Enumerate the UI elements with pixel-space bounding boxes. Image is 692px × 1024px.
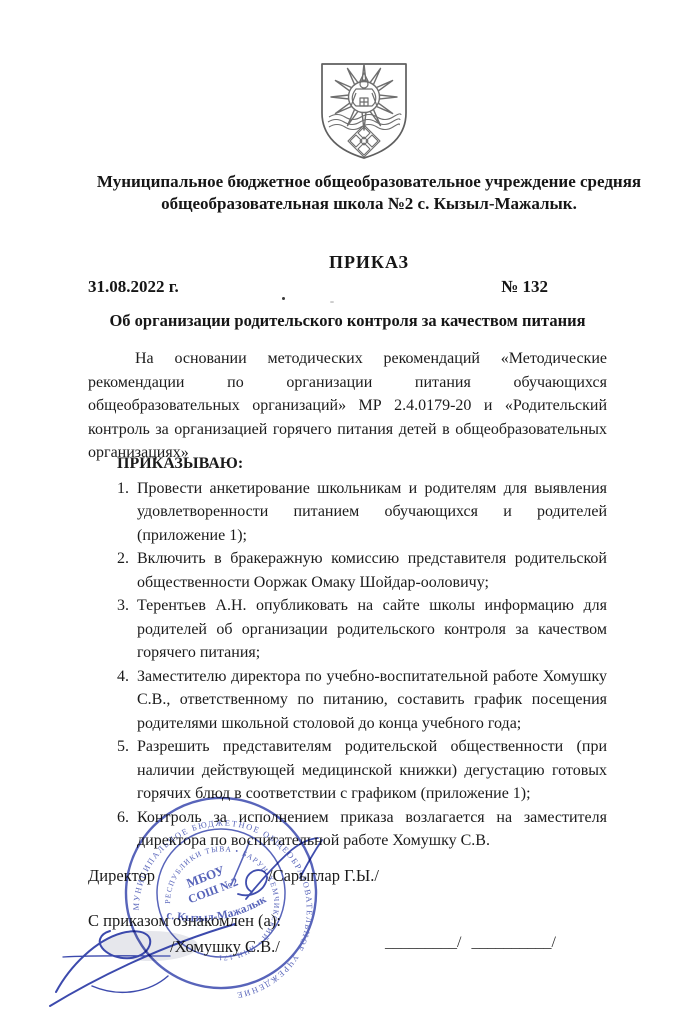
coat-of-arms-icon (318, 60, 410, 162)
order-heading: ПРИКАЗЫВАЮ: (117, 452, 607, 476)
acknowledged-name: /Хомушку С.В./ (170, 937, 280, 957)
blank-signature-line-2: __________/ (471, 934, 555, 951)
document-type-title: ПРИКАЗ (63, 252, 675, 273)
order-item: Терентьев А.Н. опубликовать на сайте шко… (88, 594, 607, 665)
acknowledgement-label: С приказом ознакомлен (а): (88, 911, 281, 931)
document-number: № 132 (501, 277, 548, 297)
preamble-paragraph: На основании методических рекомендаций «… (88, 347, 607, 465)
date-number-row: 31.08.2022 г. № 132 (88, 277, 548, 297)
ink-dot (282, 297, 285, 300)
subject-line: Об организации родительского контроля за… (88, 311, 607, 331)
organization-name: Муниципальное бюджетное общеобразователь… (63, 171, 675, 215)
director-signature-row: Директор /Сарыглар Г.Ы./ (88, 866, 607, 886)
order-item: Провести анкетирование школьникам и роди… (88, 477, 607, 548)
document-date: 31.08.2022 г. (88, 277, 179, 297)
blank-signature-line-1: _________/ (385, 934, 461, 951)
order-item: Включить в бракеражную комиссию представ… (88, 547, 607, 594)
orders-section: ПРИКАЗЫВАЮ: Провести анкетирование школь… (88, 452, 607, 853)
director-name: /Сарыглар Г.Ы./ (268, 866, 379, 886)
order-item: Контроль за исполнением приказа возлагае… (88, 806, 607, 853)
document-page: Муниципальное бюджетное общеобразователь… (0, 0, 692, 1024)
ink-speck (330, 301, 334, 303)
order-list: Провести анкетирование школьникам и роди… (88, 477, 607, 853)
director-label: Директор (88, 866, 155, 885)
order-item: Заместителю директора по учебно-воспитат… (88, 665, 607, 736)
order-item: Разрешить представителям родительской об… (88, 735, 607, 806)
blank-signature-lines: _________/ __________/ (385, 934, 562, 952)
